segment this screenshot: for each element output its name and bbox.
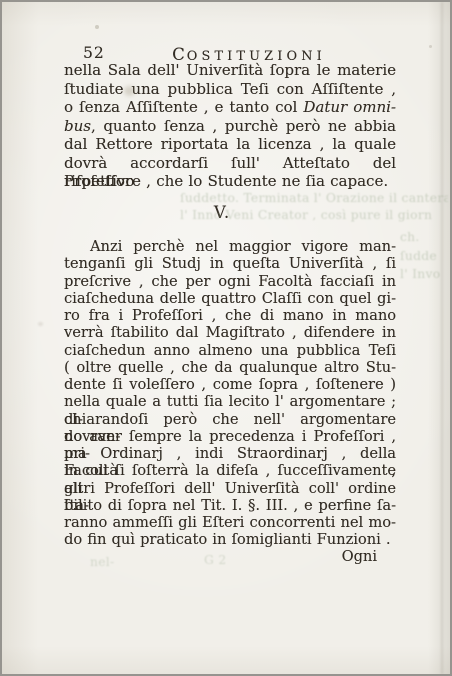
paper-speck <box>38 322 43 326</box>
bleed-through-text: nel- <box>90 555 115 569</box>
page-header: 52 COSTITUZIONI <box>64 43 396 63</box>
text-segment-italic: Datur omni- <box>303 98 396 116</box>
bleed-through-text: l' Inno Veni Creator , così pure il gior… <box>180 208 432 222</box>
text-segment-italic: bus <box>64 117 91 135</box>
text-line: o ſenza Aſſiſtente , e tanto col Datur o… <box>64 98 396 117</box>
text-line: ſtudiate una pubblica Teſi con Aſſiſtent… <box>64 80 396 99</box>
text-line: bus, quanto ſenza , purchè però ne abbia <box>64 117 396 136</box>
text-line: altri Profeſſori dell' Univerſità coll' … <box>64 480 396 497</box>
text-line: Profeſſore , che lo Studente ne ſia capa… <box>64 172 396 191</box>
text-line: no aver ſempre la precedenza i Profeſſor… <box>64 428 396 445</box>
text-line: ( oltre quelle , che da qualunque altro … <box>64 359 396 376</box>
text-segment: , quanto ſenza , purchè però ne abbia <box>91 117 396 135</box>
text-line: Anzi perchè nel maggior vigore man- <box>64 238 396 255</box>
text-line: preſcrive , che per ogni Facoltà facciaſ… <box>64 273 396 290</box>
paragraph-2: Anzi perchè nel maggior vigore man- teng… <box>64 238 396 549</box>
page-edge-shadow <box>441 2 443 674</box>
text-line: ma Ordinarj , indi Straordinarj , della … <box>64 445 396 462</box>
text-line: chiarandoſi però che nell' argomentare d… <box>64 411 396 428</box>
text-line: tenganſi gli Studj in queſta Univerſità … <box>64 255 396 272</box>
text-line: do fin quì praticato in ſomiglianti Funz… <box>64 531 396 548</box>
paper-speck <box>95 25 99 29</box>
bleed-through-signature-mark: G 2 <box>204 553 226 567</box>
text-line: dovrà accordarſi ſull' Atteſtato del riſ… <box>64 154 396 173</box>
text-line: ciaſcheduna delle quattro Claſſi con que… <box>64 290 396 307</box>
text-line: ranno ammeſſi gli Eſteri concorrenti nel… <box>64 514 396 531</box>
paper-speck <box>429 45 432 48</box>
text-line: in cui ſi ſoſterrà la difeſa , ſucceſſiv… <box>64 462 396 479</box>
text-segment: o ſenza Aſſiſtente , e tanto col <box>64 98 303 116</box>
bleed-through-text: ſuddetto. Terminata l' Orazione il cante… <box>180 191 448 205</box>
text-line: verrà ſtabilito dal Magiſtrato , difende… <box>64 324 396 341</box>
paragraph-1: nella Sala dell' Univerſità ſopra le mat… <box>64 61 396 191</box>
text-line: dal Rettore riportata la licenza , la qu… <box>64 135 396 154</box>
text-line: nella Sala dell' Univerſità ſopra le mat… <box>64 61 396 80</box>
text-line: nella quale a tutti ſia lecito l' argome… <box>64 393 396 410</box>
text-line: bilito di ſopra nel Tit. I. §. III. , e … <box>64 497 396 514</box>
text-line: ciaſchedun anno almeno una pubblica Teſi <box>64 342 396 359</box>
text-line: dente ſi voleſſero , come ſopra , ſoſten… <box>64 376 396 393</box>
text-line: ro fra i Profeſſori , che di mano in man… <box>64 307 396 324</box>
book-page-scan: 52 COSTITUZIONI nella Sala dell' Univerſ… <box>0 0 452 676</box>
